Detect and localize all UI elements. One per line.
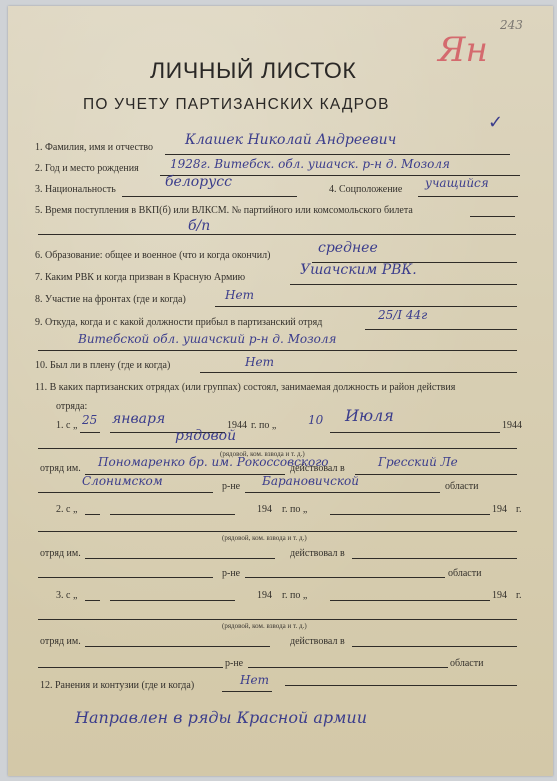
field-9-value: 25/I 44г: [378, 308, 427, 322]
field-9-line-b: [38, 350, 517, 351]
service-1-to-month: Июля: [345, 406, 394, 425]
field-5-line-b: [38, 234, 516, 235]
red-signature-mark: Ян: [438, 30, 488, 70]
service-3-to-year: 194: [492, 590, 507, 601]
field-10-line: [200, 372, 517, 373]
service-3-to-month-line: [345, 600, 490, 601]
field-3-line: [122, 196, 297, 197]
field-8-line: [215, 306, 517, 307]
field-10-value: Нет: [245, 355, 274, 369]
field-5-value: б/п: [188, 218, 210, 234]
service-2-to-day-line: [330, 514, 345, 515]
field-12-value: Нет: [240, 673, 269, 687]
service-2-to-year: 194: [492, 504, 507, 515]
service-1-to-day: 10: [308, 413, 323, 427]
service-3-unit-label: отряд им.: [40, 636, 81, 647]
document-subtitle: ПО УЧЕТУ ПАРТИЗАНСКИХ КАДРОВ: [83, 96, 390, 114]
field-11-label: 11. В каких партизанских отрядах (или гр…: [35, 382, 455, 393]
field-1-label: 1. Фамилия, имя и отчество: [35, 142, 153, 153]
field-2-label: 2. Год и место рождения: [35, 163, 139, 174]
service-2-operated-label: действовал в: [290, 548, 345, 559]
service-3-from-day-line: [85, 600, 100, 601]
service-2-unit-line: [85, 558, 275, 559]
service-3-from-month-line: [110, 600, 235, 601]
service-3-operated-label: действовал в: [290, 636, 345, 647]
service-1-unit-label: отряд им.: [40, 463, 81, 474]
service-1-from-day-line: [80, 432, 100, 433]
service-3-unit-line: [85, 646, 270, 647]
service-2-to-month-line: [345, 514, 490, 515]
service-3-year-end: г.: [516, 590, 521, 601]
service-3-num: 3. с „: [56, 590, 77, 601]
service-2-region-line: [245, 577, 445, 578]
service-1-to-year: 1944: [502, 420, 522, 431]
field-3-label: 3. Национальность: [35, 184, 116, 195]
service-3-to-day-line: [330, 600, 345, 601]
service-1-region-line: [245, 492, 440, 493]
service-2-district-label: р-не: [222, 568, 240, 579]
service-3-region-label: области: [450, 658, 483, 669]
service-1-position-line: [38, 448, 517, 449]
service-3-district-label: р-не: [225, 658, 243, 669]
service-2-from-year: 194: [257, 504, 272, 515]
field-7-value: Ушачским РВК.: [300, 262, 417, 278]
field-11-label-2: отряда:: [56, 401, 87, 412]
service-1-to-month-line: [330, 432, 500, 433]
service-1-position: рядовой: [175, 428, 236, 444]
service-2-position-line: [38, 531, 517, 532]
field-8-value: Нет: [225, 288, 254, 302]
service-3-position-hint: (рядовой, ком. взвода и т. д.): [222, 622, 307, 630]
field-2-value: 1928г. Витебск. обл. ушачск. р-н д. Мозо…: [170, 157, 450, 171]
footer-note: Направлен в ряды Красной армии: [75, 708, 367, 727]
service-1-num: 1. с „: [56, 420, 77, 431]
service-2-district-line: [38, 577, 213, 578]
service-1-operated-line: [355, 474, 517, 475]
service-1-operated-label: действовал в: [290, 463, 345, 474]
field-12-label: 12. Ранения и контузии (где и когда): [40, 680, 194, 691]
field-8-label: 8. Участие на фронтах (где и когда): [35, 294, 186, 305]
service-1-district-line: [38, 492, 213, 493]
service-1-operated-in: Гресский Ле: [378, 455, 458, 469]
service-2-region-label: области: [448, 568, 481, 579]
service-1-district-label: р-не: [222, 481, 240, 492]
service-1-from-month: января: [112, 411, 165, 427]
service-2-from-month-line: [110, 514, 235, 515]
field-9-line-a: [365, 329, 517, 330]
field-7-line: [290, 284, 517, 285]
service-3-region-line: [248, 667, 448, 668]
field-4-label: 4. Соцположение: [329, 184, 402, 195]
field-3-value: белорусс: [165, 174, 232, 190]
field-1-line: [165, 154, 510, 155]
service-1-region: Барановичской: [262, 474, 359, 488]
field-5-label: 5. Время поступления в ВКП(б) или ВЛКСМ.…: [35, 205, 413, 216]
service-2-unit-label: отряд им.: [40, 548, 81, 559]
field-9-value-2: Витебской обл. ушачский р-н д. Мозоля: [78, 332, 337, 346]
field-6-value: среднее: [318, 240, 378, 256]
service-2-to-prefix: г. по „: [282, 504, 307, 515]
service-1-from-day: 25: [82, 413, 97, 427]
service-3-district-line: [38, 667, 223, 668]
service-2-from-day-line: [85, 514, 100, 515]
service-1-district: Слонимском: [82, 474, 163, 488]
service-2-position-hint: (рядовой, ком. взвода и т. д.): [222, 534, 307, 542]
service-3-from-year: 194: [257, 590, 272, 601]
field-7-label: 7. Каким РВК и когда призван в Красную А…: [35, 272, 245, 283]
service-2-year-end: г.: [516, 504, 521, 515]
service-1-region-label: области: [445, 481, 478, 492]
field-12-line-a: [222, 691, 272, 692]
archive-number: 243: [500, 18, 523, 32]
field-5-line-a: [470, 216, 515, 217]
service-2-operated-line: [352, 558, 517, 559]
field-6-label: 6. Образование: общее и военное (что и к…: [35, 250, 270, 261]
document-title: ЛИЧНЫЙ ЛИСТОК: [150, 58, 356, 84]
service-3-to-prefix: г. по „: [282, 590, 307, 601]
service-3-position-line: [38, 619, 517, 620]
field-4-value: учащийся: [425, 176, 489, 190]
field-4-line: [418, 196, 518, 197]
field-12-line-b: [285, 685, 517, 686]
field-1-value: Клашек Николай Андреевич: [185, 132, 396, 148]
field-9-label: 9. Откуда, когда и с какой должности при…: [35, 317, 322, 328]
field-10-label: 10. Был ли в плену (где и когда): [35, 360, 170, 371]
service-3-operated-line: [352, 646, 517, 647]
service-1-to-prefix: г. по „: [251, 420, 276, 431]
service-2-num: 2. с „: [56, 504, 77, 515]
check-mark-icon: ✓: [488, 112, 503, 133]
